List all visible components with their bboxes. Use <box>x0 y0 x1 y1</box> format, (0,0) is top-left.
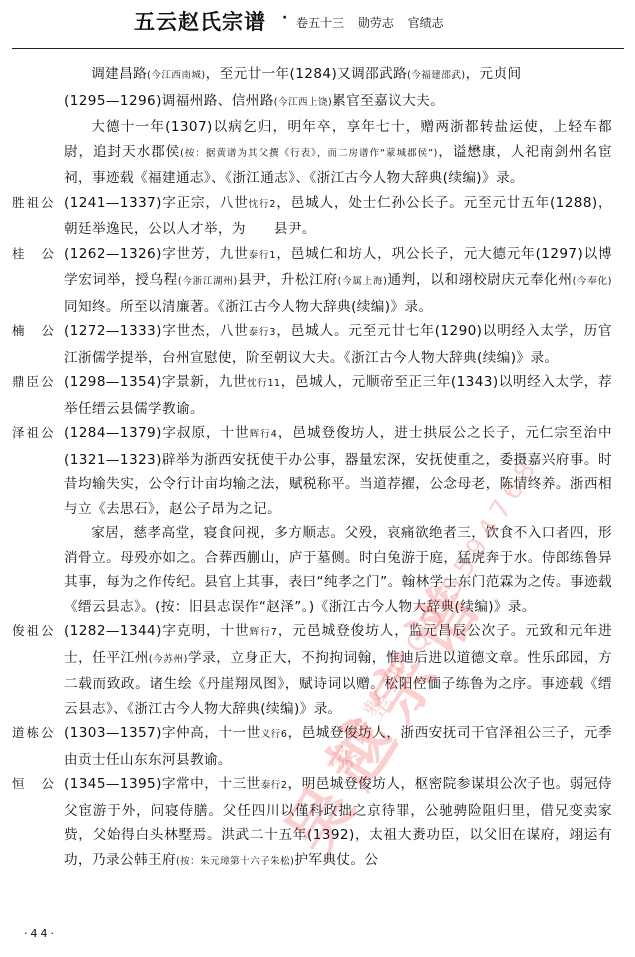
entry-text: (1284—1379)字叔原，十世辉行4，邑城登俊坊人，进士拱辰公之长子，元仁宗… <box>64 421 612 619</box>
inline-annotation: 辉行4 <box>250 429 278 440</box>
person-name: 楠公 <box>12 319 66 344</box>
text-run: 调建昌路 <box>91 66 147 82</box>
inline-annotation: 忱行2 <box>249 199 276 210</box>
title-separator: · <box>282 10 287 26</box>
biography-entry: 恒公(1345—1395)字常中，十三世泰行2，明邑城登俊坊人，枢密院参谋垻公次… <box>0 772 635 874</box>
text-run: 累官至嘉议大夫。 <box>332 93 444 109</box>
inline-annotation: 辉行7 <box>250 627 278 638</box>
inline-annotation: (今江西南城) <box>147 70 205 81</box>
paragraph: (1295—1296)调福州路、信州路(今江西上饶)累官至嘉议大夫。 <box>64 89 612 116</box>
inline-annotation: (今浙江湖州) <box>178 276 238 287</box>
biography-entry: 鼎臣公(1298—1354)字景新，九世忱行11，邑城人，元顺帝至正三年(134… <box>0 370 635 421</box>
biography-entry: 胜祖公(1241—1337)字正宗，八世忱行2，邑城人，处士仁孙公长子。元至元廿… <box>0 191 635 242</box>
paragraph: (1272—1333)字世杰，八世泰行3，邑城人。元至元廿七年(1290)以明经… <box>64 319 612 370</box>
paragraph: 大德十一年(1307)以病乞归，明年卒，享年七十，赠两浙都转盐运使，上轻车都尉，… <box>64 115 612 191</box>
person-name: 胜祖公 <box>12 191 66 216</box>
inline-annotation: (按：朱元璋第十六子朱松) <box>176 856 294 867</box>
entry-text: (1262—1326)字世芳，九世泰行1，邑城仁和坊人，巩公长子，元大德元年(1… <box>64 242 612 320</box>
biography-entry: 楠公(1272—1333)字世杰，八世泰行3，邑城人。元至元廿七年(1290)以… <box>0 319 635 370</box>
person-name: 桂公 <box>12 242 66 267</box>
inline-annotation: (今属上海) <box>338 276 388 287</box>
paragraph: 家居，慈孝高堂，寝食问视，多方顺志。父殁，哀痛欲绝者三，饮食不入口者四，形消骨立… <box>64 521 612 619</box>
inline-annotation: (按：据黄谱为其父撰《行表》，而二房谱作“蒙城郡侯”) <box>180 148 438 159</box>
text-run: (1262—1326)字世芳，九世 <box>64 246 249 262</box>
entry-text: (1303—1357)字仲高，十一世义行6，邑城登俊坊人，浙西安抚司干官泽祖公三… <box>64 721 612 772</box>
paragraph: (1262—1326)字世芳，九世泰行1，邑城仁和坊人，巩公长子，元大德元年(1… <box>64 242 612 320</box>
person-name: 恒公 <box>12 772 66 797</box>
document-body: 调建昌路(今江西南城)，至元廿一年(1284)又调邵武路(今福建邵武)，元贞间(… <box>0 62 635 874</box>
inline-annotation: 义行6 <box>261 729 288 740</box>
text-run: 家居，慈孝高堂，寝食问视，多方顺志。父殁，哀痛欲绝者三，饮食不入口者四，形消骨立… <box>64 525 612 615</box>
inline-annotation: 忱行11 <box>247 378 280 389</box>
entry-text: (1272—1333)字世杰，八世泰行3，邑城人。元至元廿七年(1290)以明经… <box>64 319 612 370</box>
text-run: 通判，以和翊校尉庆元奉化州 <box>387 272 572 288</box>
inline-annotation: (今江西上饶) <box>274 97 332 108</box>
text-run: 护军典仗。公 <box>294 852 378 868</box>
inline-annotation: (今福建邵武) <box>407 70 465 81</box>
text-run: (1241—1337)字正宗，八世 <box>64 195 249 211</box>
text-run: 同知终。所至以清廉著。《浙江古今人物大辞典(续编)》录。 <box>64 299 432 315</box>
biography-entry: 泽祖公(1284—1379)字叔原，十世辉行4，邑城登俊坊人，进士拱辰公之长子，… <box>0 421 635 619</box>
paragraph: (1284—1379)字叔原，十世辉行4，邑城登俊坊人，进士拱辰公之长子，元仁宗… <box>64 421 612 521</box>
page-header: 五云赵氏宗谱 · 卷五十三 勋劳志 官绩志 <box>0 0 635 44</box>
text-run: ，至元廿一年(1284)又调邵武路 <box>206 66 408 82</box>
biography-entry: 俊祖公(1282—1344)字克明，十世辉行7，元邑城登俊坊人，监元昌辰公次子。… <box>0 619 635 721</box>
person-name: 泽祖公 <box>12 421 66 446</box>
person-name: 鼎臣公 <box>12 370 66 395</box>
header-divider <box>12 48 624 49</box>
book-title: 五云赵氏宗谱 <box>134 6 266 36</box>
page-number: ·44· <box>24 927 57 940</box>
inline-annotation: 泰行3 <box>249 327 276 338</box>
text-run: (1303—1357)字仲高，十一世 <box>64 725 261 741</box>
inline-annotation: (今苏州) <box>149 654 188 665</box>
person-name: 俊祖公 <box>12 619 66 644</box>
paragraph: (1241—1337)字正宗，八世忱行2，邑城人，处士仁孙公长子。元至元廿五年(… <box>64 191 612 242</box>
entry-text: 调建昌路(今江西南城)，至元廿一年(1284)又调邵武路(今福建邵武)，元贞间(… <box>64 62 612 191</box>
entry-text: (1282—1344)字克明，十世辉行7，元邑城登俊坊人，监元昌辰公次子。元致和… <box>64 619 612 721</box>
text-run: (1345—1395)字常中，十三世 <box>64 776 261 792</box>
text-run: (1272—1333)字世杰，八世 <box>64 323 249 339</box>
paragraph: (1303—1357)字仲高，十一世义行6，邑城登俊坊人，浙西安抚司干官泽祖公三… <box>64 721 612 772</box>
chapter-subtitle: 卷五十三 勋劳志 官绩志 <box>296 14 444 31</box>
entry-text: (1241—1337)字正宗，八世忱行2，邑城人，处士仁孙公长子。元至元廿五年(… <box>64 191 612 242</box>
inline-annotation: (今奉化) <box>573 276 612 287</box>
text-run: (1284—1379)字叔原，十世 <box>64 425 250 441</box>
paragraph: (1282—1344)字克明，十世辉行7，元邑城登俊坊人，监元昌辰公次子。元致和… <box>64 619 612 721</box>
paragraph: (1345—1395)字常中，十三世泰行2，明邑城登俊坊人，枢密院参谋垻公次子也… <box>64 772 612 874</box>
entry-text: (1298—1354)字景新，九世忱行11，邑城人，元顺帝至正三年(1343)以… <box>64 370 612 421</box>
text-run: (1282—1344)字克明，十世 <box>64 623 250 639</box>
text-run: ，元贞间 <box>466 66 522 82</box>
paragraph: 调建昌路(今江西南城)，至元廿一年(1284)又调邵武路(今福建邵武)，元贞间 <box>64 62 612 89</box>
person-name: 道栋公 <box>12 721 66 746</box>
entry-text: (1345—1395)字常中，十三世泰行2，明邑城登俊坊人，枢密院参谋垻公次子也… <box>64 772 612 874</box>
text-run: (1295—1296)调福州路、信州路 <box>64 93 274 109</box>
biography-entry: 道栋公(1303—1357)字仲高，十一世义行6，邑城登俊坊人，浙西安抚司干官泽… <box>0 721 635 772</box>
biography-entry: 调建昌路(今江西南城)，至元廿一年(1284)又调邵武路(今福建邵武)，元贞间(… <box>0 62 635 191</box>
inline-annotation: 泰行1 <box>249 250 276 261</box>
text-run: (1298—1354)字景新，九世 <box>64 374 247 390</box>
biography-entry: 桂公(1262—1326)字世芳，九世泰行1，邑城仁和坊人，巩公长子，元大德元年… <box>0 242 635 320</box>
inline-annotation: 泰行2 <box>261 780 288 791</box>
paragraph: (1298—1354)字景新，九世忱行11，邑城人，元顺帝至正三年(1343)以… <box>64 370 612 421</box>
text-run: 县尹，升松江府 <box>238 272 338 288</box>
